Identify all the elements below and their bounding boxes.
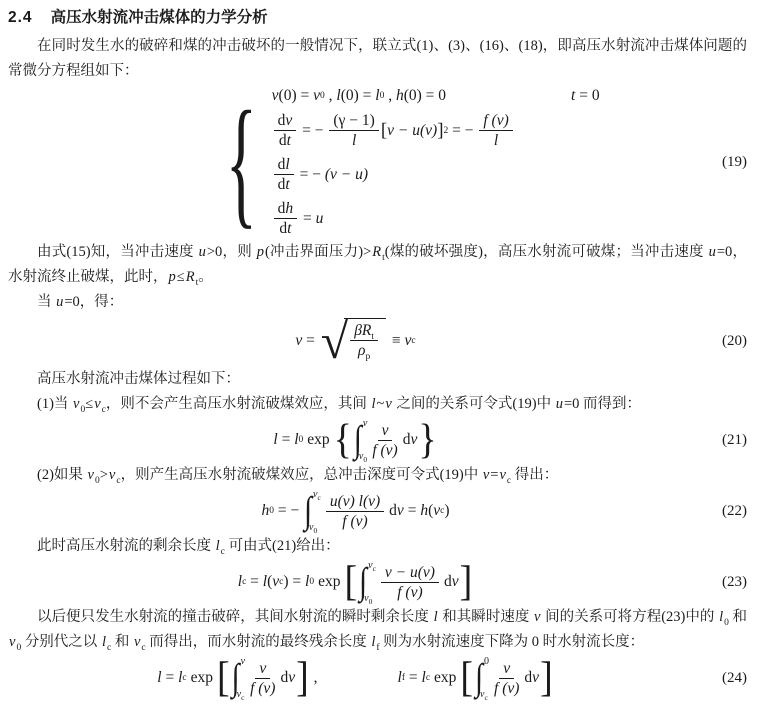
math-token: 0	[484, 656, 489, 667]
equation-number: (23)	[703, 574, 747, 591]
fraction: dl dt	[274, 156, 294, 193]
text-run: =0，得：	[64, 294, 123, 310]
text-run: 高压水射流冲击煤体过程如下：	[37, 371, 240, 387]
text-run: 当	[37, 294, 55, 310]
math-token: f (v)	[397, 584, 422, 601]
fraction: v f (v)	[494, 660, 519, 697]
big-bracket: [	[460, 658, 473, 698]
fraction-denominator: dt	[278, 175, 290, 193]
math-token: f (v)	[483, 112, 508, 129]
text-run: 由式(15)知，当冲击速度	[37, 244, 198, 260]
paragraph: (2)如果 v0>vc，则产生高压水射流破煤效应，总冲击深度可令式(19)中 v…	[8, 463, 747, 488]
fraction: v f (v)	[372, 422, 397, 459]
math-token: v	[503, 660, 510, 677]
math-token: v	[259, 660, 266, 677]
math-token: u	[316, 210, 324, 228]
math-token: ,	[325, 87, 337, 105]
paragraph: 由式(15)知，当冲击速度 u>0，则 p(冲击界面压力)>Rt(煤的破坏强度)…	[8, 240, 747, 290]
math-token: v	[241, 656, 245, 667]
inline-variable: R	[185, 269, 196, 285]
initial-conditions-row: v(0) = v0 , l(0) = l0 , h(0) = 0 t = 0	[272, 87, 600, 105]
math-token: (0) =	[279, 87, 314, 105]
ode-system: { v(0) = v0 , l(0) = l0 , h(0) = 0 t = 0…	[213, 87, 600, 237]
math-token: v	[405, 332, 412, 350]
math-token: v	[452, 573, 459, 590]
math-token: v	[272, 87, 279, 105]
integral-sign: ∫	[475, 659, 483, 697]
math-token: = −	[298, 122, 327, 140]
fraction-denominator: f (v)	[494, 679, 519, 697]
fraction-denominator: f (v)	[250, 679, 275, 697]
text-run: ，则不会产生高压水射流破煤效应，其间	[106, 396, 371, 412]
fraction: dv dt	[274, 112, 297, 149]
math-token: ,	[384, 87, 396, 105]
math-token: =	[299, 210, 316, 228]
inline-variable: v	[384, 396, 392, 412]
math-token: t	[287, 132, 291, 149]
math-subscript: t	[371, 332, 374, 342]
math-token: v − u(v)	[385, 564, 435, 581]
big-bracket: ]	[540, 658, 553, 698]
fraction-numerator: (γ − 1)	[329, 112, 378, 131]
math-token: f (v)	[342, 513, 367, 530]
equation-number: (19)	[703, 154, 747, 171]
integral: ∫ v v0	[354, 420, 369, 460]
text-run: 间的关系可将方程(23)中的	[541, 609, 718, 625]
math-token: (v − u)	[325, 166, 368, 184]
system-brace: {	[226, 90, 257, 234]
math-token: (0) =	[341, 87, 376, 105]
math-token: = −	[448, 122, 477, 140]
fraction-numerator: u(v) l(v)	[326, 493, 384, 512]
math-token: l	[294, 431, 298, 449]
math-token: ≡	[388, 332, 405, 350]
big-brace: }	[418, 420, 436, 460]
math-subscript: c	[241, 693, 244, 702]
text-run: (1)当	[37, 396, 72, 412]
equation-number: (20)	[703, 333, 747, 350]
fraction-numerator: v	[255, 660, 270, 679]
fraction: v f (v)	[250, 660, 275, 697]
differential: dv	[444, 573, 459, 591]
text-run: (2)如果	[37, 467, 87, 483]
integral-upper-limit: v	[241, 656, 245, 667]
equation: l = l0exp { ∫ v v0 v f (v) dv } (21)	[8, 420, 747, 460]
inline-variable: u	[708, 244, 717, 260]
math-function: exp	[318, 573, 340, 591]
fraction-numerator: v	[499, 660, 514, 679]
fraction-numerator: βRt	[350, 322, 378, 341]
math-token: v	[433, 502, 440, 520]
equation-number: (24)	[703, 670, 747, 687]
fraction-denominator: f (v)	[372, 441, 397, 459]
inline-variable: u	[198, 244, 207, 260]
text-run: 则为水射流速度下降为 0 时水射流长度：	[380, 634, 645, 650]
integral-upper-limit: 0	[484, 656, 489, 667]
math-subscript: c	[484, 693, 487, 702]
inline-variable: p	[168, 269, 177, 285]
math-token: =	[162, 669, 179, 687]
integral-sign: ∫	[354, 421, 362, 459]
math-token: t	[285, 176, 289, 193]
inline-variable: v	[93, 396, 101, 412]
fraction: u(v) l(v) f (v)	[326, 493, 384, 530]
math-token: d	[444, 573, 452, 590]
integral-sign: ∫	[304, 492, 312, 530]
inline-variable: R	[371, 244, 382, 260]
text-run: (煤的破坏强度)，高压水射流可破煤；当冲击速度	[385, 244, 708, 260]
math-token: h	[285, 200, 293, 217]
inline-variable: v	[498, 467, 506, 483]
equation-system: { v(0) = v0 , l(0) = l0 , h(0) = 0 t = 0…	[8, 87, 747, 237]
fraction: v − u(v) f (v)	[381, 564, 439, 601]
equation-number: (21)	[703, 432, 747, 449]
text-run: >0，则	[207, 244, 256, 260]
math-token: f (v)	[372, 442, 397, 459]
text-run: 得出：	[511, 467, 558, 483]
fraction-numerator: dl	[274, 156, 294, 175]
formula-instant-length: l = lcexp [ ∫ v vc v f (v) dv ] ,	[157, 658, 317, 698]
math-token: ,	[310, 669, 318, 687]
equation: lc = l(vc) = l0exp [ ∫ vc v0 v − u(v) f …	[8, 562, 747, 602]
integral: ∫ vc v0	[304, 491, 323, 531]
math-token: h	[261, 502, 269, 520]
fraction-denominator: l	[494, 131, 498, 149]
text-run: 和	[111, 634, 133, 650]
big-brace: {	[334, 420, 352, 460]
math-token: h	[396, 87, 404, 105]
integral-upper-limit: vc	[313, 489, 321, 500]
text-run: 在同时发生水的破碎和煤的冲击破坏的一般情况下，联立式(1)、(3)、(16)、(…	[8, 38, 747, 79]
math-token: v	[288, 669, 295, 686]
math-token: v	[382, 422, 389, 439]
equation-number: (22)	[703, 503, 747, 520]
math-token: =	[405, 669, 422, 687]
math-token: βR	[354, 322, 371, 339]
text-run: =0 而得到：	[564, 396, 641, 412]
math-token: =	[404, 502, 421, 520]
inline-variable: p	[256, 244, 265, 260]
paragraph: (1)当 v0≤vc，则不会产生高压水射流破煤效应，其间 l~v 之间的关系可令…	[8, 392, 747, 417]
integral-sign: ∫	[232, 659, 240, 697]
fraction-denominator: dt	[279, 219, 291, 237]
radical: √ βRt ρp	[321, 318, 386, 364]
math-token: d	[279, 220, 287, 237]
math-subscript: p	[365, 352, 370, 362]
math-token: f (v)	[250, 680, 275, 697]
fraction-denominator: dt	[279, 131, 291, 149]
paragraph: 此时高压水射流的剩余长度 lc 可由式(21)给出：	[8, 534, 747, 559]
math-token: v	[532, 669, 539, 686]
fraction-numerator: v − u(v)	[381, 564, 439, 583]
fraction-numerator: f (v)	[479, 112, 512, 131]
text-run: ，则产生高压水射流破煤效应，总冲击深度可令式(19)中	[121, 467, 482, 483]
ode-row-length: dl dt = − (v − u)	[272, 156, 368, 193]
paper-page: 2.4高压水射流冲击煤体的力学分析 在同时发生水的破碎和煤的冲击破坏的一般情况下…	[0, 0, 757, 698]
math-token: t	[287, 220, 291, 237]
formula-final-length: lf = lcexp [ ∫ 0 vc v f (v) dv ]	[398, 658, 554, 698]
math-token: v	[272, 573, 279, 591]
integral: ∫ vc v0	[359, 562, 378, 602]
equation: l = lcexp [ ∫ v vc v f (v) dv ] ,	[8, 658, 747, 698]
math-subscript: c	[317, 493, 320, 502]
math-token: d	[389, 502, 397, 519]
big-bracket: [	[217, 658, 230, 698]
math-function: exp	[307, 431, 329, 449]
text-run: 此时高压水射流的剩余长度	[37, 538, 215, 554]
math-token: =	[278, 431, 295, 449]
math-token: v − u(v)	[387, 122, 437, 140]
time-condition: t = 0	[571, 87, 600, 105]
fraction: (γ − 1) l	[329, 112, 378, 149]
math-token: =	[302, 332, 319, 350]
math-token: f (v)	[494, 680, 519, 697]
text-run: 以后便只发生水射流的撞击破碎，其间水射流的瞬时剩余长度	[37, 609, 433, 625]
math-token: = −	[274, 502, 303, 520]
math-token: v	[410, 431, 417, 448]
fraction-numerator: v	[378, 422, 393, 441]
text-run: 而得出，而水射流的最终残余长度	[146, 634, 371, 650]
math-token: =	[289, 573, 306, 591]
paragraph: 在同时发生水的破碎和煤的冲击破坏的一般情况下，联立式(1)、(3)、(16)、(…	[8, 34, 747, 84]
text-run: (冲击界面压力)>	[265, 244, 371, 260]
math-token: = −	[296, 166, 325, 184]
big-bracket: [	[345, 562, 358, 602]
inline-variable: u	[55, 294, 64, 310]
math-token: v	[397, 502, 404, 519]
big-bracket: ]	[296, 658, 309, 698]
paragraph: 当 u=0，得：	[8, 290, 747, 315]
text-run: 之间的关系可令式(19)中	[393, 396, 555, 412]
math-token: u(v) l(v)	[330, 493, 380, 510]
paragraph: 以后便只发生水射流的撞击破碎，其间水射流的瞬时剩余长度 l 和其瞬时速度 v 间…	[8, 605, 747, 655]
fraction-denominator: ρp	[358, 341, 370, 359]
text-run: 可由式(21)给出：	[225, 538, 340, 554]
math-token: d	[279, 132, 287, 149]
text-run: ≤	[177, 269, 185, 285]
math-token: l	[375, 87, 379, 105]
math-token: l	[494, 132, 498, 149]
equation: h0 = − ∫ vc v0 u(v) l(v) f (v) dv = h(vc…	[8, 491, 747, 531]
math-token: =	[246, 573, 263, 591]
differential: dv	[403, 431, 418, 449]
big-bracket: ]	[460, 562, 473, 602]
text-run: 。	[198, 269, 213, 285]
math-token: = 0	[575, 87, 599, 104]
inline-variable: v	[87, 467, 95, 483]
fraction: βRt ρp	[350, 322, 378, 359]
fraction: f (v) l	[479, 112, 512, 149]
bracket: ]	[437, 120, 443, 142]
inline-variable: u	[555, 396, 564, 412]
fraction-denominator: f (v)	[342, 512, 367, 530]
integral-sign: ∫	[359, 563, 367, 601]
ode-row-depth: dh dt = u	[272, 200, 324, 237]
math-function: exp	[434, 669, 456, 687]
math-token: l	[285, 156, 289, 173]
differential: dv	[280, 669, 295, 687]
ode-row-velocity: dv dt = − (γ − 1) l [v − u(v)]2 = − f (v…	[272, 112, 515, 149]
text-run: 和	[729, 609, 747, 625]
fraction-denominator: f (v)	[397, 583, 422, 601]
math-token: (0) = 0	[404, 87, 446, 105]
fraction-numerator: dh	[274, 200, 298, 219]
radicand: βRt ρp	[344, 318, 386, 359]
math-token: )	[444, 502, 449, 520]
math-token: v	[363, 418, 367, 429]
fraction-denominator: l	[352, 131, 356, 149]
heading-title: 高压水射流冲击煤体的力学分析	[51, 9, 268, 26]
fraction-numerator: dv	[274, 112, 297, 131]
differential: dv	[389, 502, 404, 520]
integral-upper-limit: v	[363, 418, 367, 429]
integral-upper-limit: vc	[368, 560, 376, 571]
math-token: v	[295, 332, 302, 350]
integral: ∫ 0 vc	[475, 658, 491, 698]
math-token: (γ − 1)	[333, 112, 374, 129]
math-token: l	[352, 132, 356, 149]
math-token: v	[285, 112, 292, 129]
math-token: v	[313, 87, 320, 105]
text-run: >	[100, 467, 108, 483]
math-token: d	[524, 669, 532, 686]
text-run: 分别代之以	[21, 634, 101, 650]
math-function: exp	[191, 669, 213, 687]
math-subscript: c	[373, 564, 376, 573]
paragraph: 高压水射流冲击煤体过程如下：	[8, 367, 747, 392]
section-heading: 2.4高压水射流冲击煤体的力学分析	[8, 7, 747, 29]
fraction: dh dt	[274, 200, 298, 237]
differential: dv	[524, 669, 539, 687]
text-run: ≤	[85, 396, 93, 412]
integral: ∫ v vc	[232, 658, 247, 698]
heading-number: 2.4	[8, 9, 33, 26]
equation: v = √ βRt ρp ≡ vc (20)	[8, 318, 747, 364]
math-token: h	[420, 502, 428, 520]
text-run: 和其瞬时速度	[439, 609, 533, 625]
